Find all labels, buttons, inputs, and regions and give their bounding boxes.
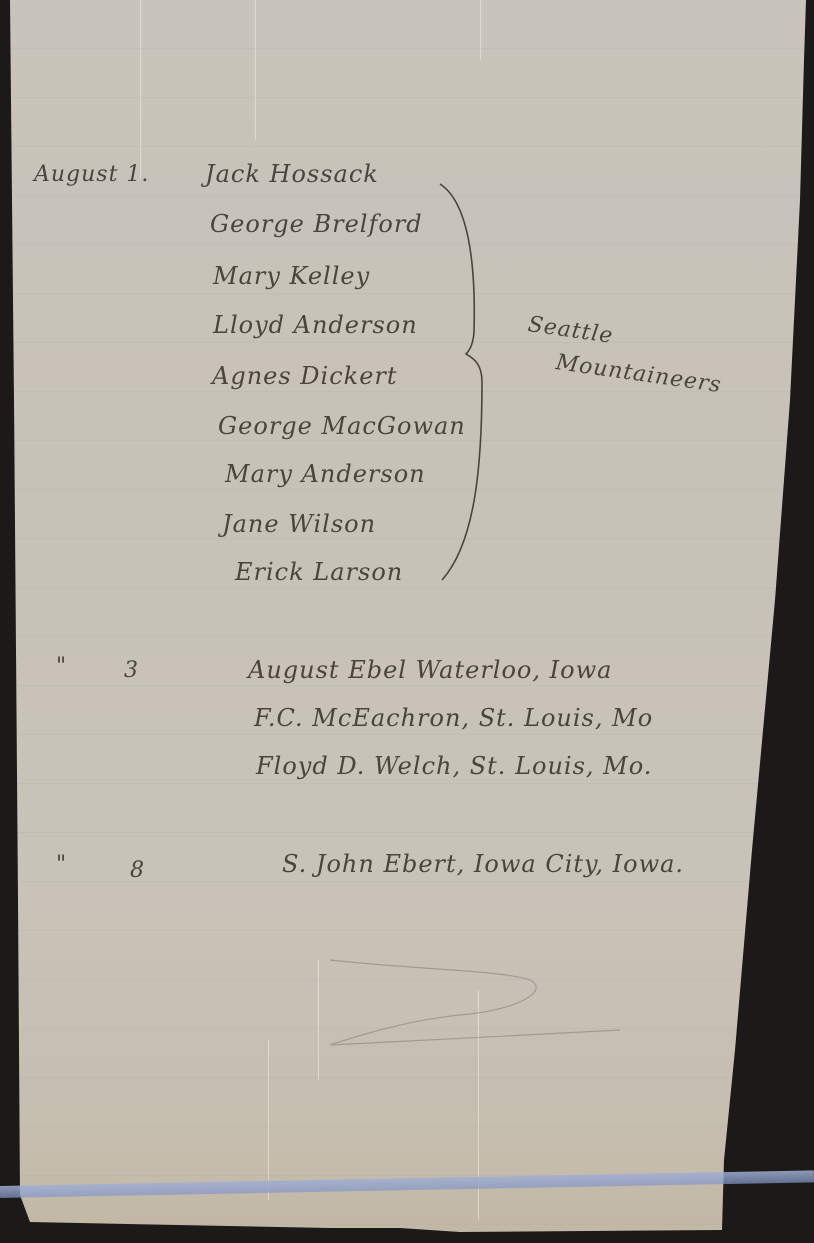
entry-day: 8 bbox=[130, 858, 145, 883]
name-line: Lloyd Anderson bbox=[213, 311, 418, 339]
visitor-line: F.C. McEachron, St. Louis, Mo bbox=[254, 704, 653, 732]
visitor-line: August Ebel Waterloo, Iowa bbox=[248, 656, 612, 684]
name-line: Jane Wilson bbox=[222, 510, 376, 538]
name-line: Jack Hossack bbox=[205, 160, 379, 188]
paper-crease bbox=[255, 0, 256, 140]
name-line: Erick Larson bbox=[235, 558, 403, 586]
name-line: Agnes Dickert bbox=[212, 362, 398, 390]
date-ditto-mark: " bbox=[56, 654, 67, 679]
paper-crease bbox=[140, 0, 141, 180]
name-line: George MacGowan bbox=[218, 412, 466, 440]
name-line: George Brelford bbox=[210, 210, 423, 238]
paper-crease bbox=[268, 1040, 269, 1200]
visitor-line: S. John Ebert, Iowa City, Iowa. bbox=[282, 850, 684, 878]
entry-date: August 1. bbox=[34, 162, 149, 187]
name-line: Mary Kelley bbox=[213, 262, 370, 290]
name-line: Mary Anderson bbox=[225, 460, 426, 488]
paper-sheet: August 1. Jack Hossack George Brelford M… bbox=[0, 0, 814, 1243]
entry-day: 3 bbox=[124, 658, 139, 683]
curly-brace-icon bbox=[438, 182, 498, 582]
date-ditto-mark: " bbox=[56, 852, 67, 877]
faint-pencil-scribble bbox=[300, 950, 630, 1060]
paper-crease bbox=[480, 0, 481, 60]
visitor-line: Floyd D. Welch, St. Louis, Mo. bbox=[256, 752, 652, 780]
